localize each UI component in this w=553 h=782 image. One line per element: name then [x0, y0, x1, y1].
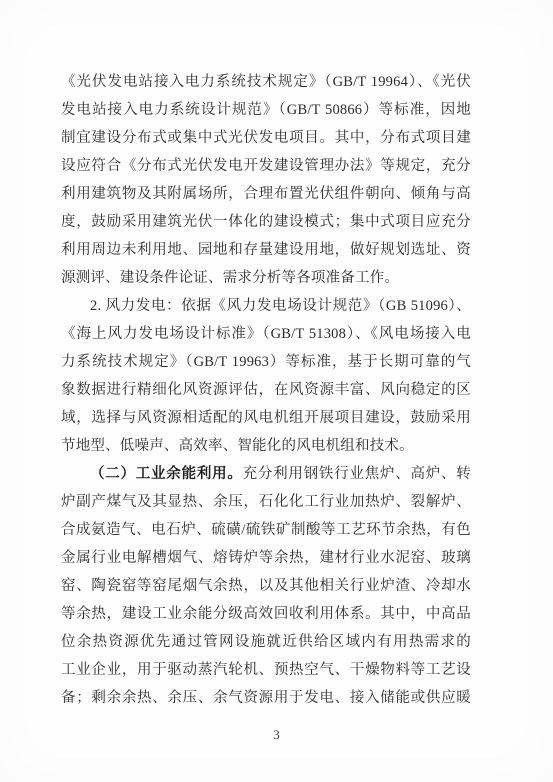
text-segment: 设应符合《分布式光伏发电开发建设管理办法》等规定，充分 [61, 158, 471, 174]
text-line: 等余热，建设工业余能分级高效回收利用体系。其中，中高品 [61, 600, 471, 628]
section-heading-lead: （二）工业余能利用。 [90, 466, 243, 482]
text-line: 源测评、建设条件论证、需求分析等各项准备工作。 [61, 264, 471, 292]
text-segment: 《海上风力发电场设计标准》（GB/T 51308）、《风电场接入电 [61, 326, 471, 342]
text-line: 发电站接入电力系统设计规范》（GB/T 50866）等标准，因地 [61, 96, 471, 124]
text-segment: 利用周边未利用地、园地和存量建设用地，做好规划选址、资 [61, 242, 471, 258]
text-segment: 度，鼓励采用建筑光伏一体化的建设模式；集中式项目应充分 [61, 214, 471, 230]
text-segment: 充分利用钢铁行业焦炉、高炉、转 [243, 466, 471, 482]
text-line: 力系统技术规定》（GB/T 19963）等标准，基于长期可靠的气 [61, 348, 471, 376]
text-segment: 2. 风力发电：依据《风力发电场设计规范》（GB 51096）、 [90, 298, 471, 314]
text-line: 域，选择与风资源相适配的风电机组开展项目建设，鼓励采用 [61, 404, 471, 432]
text-line: 工业企业，用于驱动蒸汽轮机、预热空气、干燥物料等工艺设 [61, 656, 471, 684]
text-line: 度，鼓励采用建筑光伏一体化的建设模式；集中式项目应充分 [61, 208, 471, 236]
text-segment: 炉副产煤气及其显热、余压，石化化工行业加热炉、裂解炉、 [61, 494, 471, 510]
text-line: 炉副产煤气及其显热、余压，石化化工行业加热炉、裂解炉、 [61, 488, 471, 516]
text-line: 利用周边未利用地、园地和存量建设用地，做好规划选址、资 [61, 236, 471, 264]
text-line: 节地型、低噪声、高效率、智能化的风电机组和技术。 [61, 432, 471, 460]
text-line: 象数据进行精细化风资源评估，在风资源丰富、风向稳定的区 [61, 376, 471, 404]
text-segment: 工业企业，用于驱动蒸汽轮机、预热空气、干燥物料等工艺设 [61, 662, 471, 678]
text-segment: 《光伏发电站接入电力系统技术规定》（GB/T 19964）、《光伏 [61, 74, 471, 90]
text-line: 窑、陶瓷窑等窑尾烟气余热，以及其他相关行业炉渣、冷却水 [61, 572, 471, 600]
text-segment: 节地型、低噪声、高效率、智能化的风电机组和技术。 [61, 438, 414, 454]
text-segment: 金属行业电解槽烟气、熔铸炉等余热，建材行业水泥窑、玻璃 [61, 550, 471, 566]
text-segment: 窑、陶瓷窑等窑尾烟气余热，以及其他相关行业炉渣、冷却水 [61, 578, 471, 594]
text-line: 备；剩余余热、余压、余气资源用于发电、接入储能或供应暖 [61, 684, 471, 712]
text-segment: 力系统技术规定》（GB/T 19963）等标准，基于长期可靠的气 [61, 354, 471, 370]
text-segment: 位余热资源优先通过管网设施就近供给区域内有用热需求的 [61, 634, 471, 650]
body-text: 《光伏发电站接入电力系统技术规定》（GB/T 19964）、《光伏发电站接入电力… [61, 68, 471, 712]
text-segment: 源测评、建设条件论证、需求分析等各项准备工作。 [61, 270, 399, 286]
page-number: 3 [0, 726, 553, 744]
text-line: 《海上风力发电场设计标准》（GB/T 51308）、《风电场接入电 [61, 320, 471, 348]
text-segment: 象数据进行精细化风资源评估，在风资源丰富、风向稳定的区 [61, 382, 471, 398]
text-segment: 合成氨造气、电石炉、硫磺/硫铁矿制酸等工艺环节余热，有色 [61, 522, 471, 538]
text-line: 合成氨造气、电石炉、硫磺/硫铁矿制酸等工艺环节余热，有色 [61, 516, 471, 544]
text-segment: 利用建筑物及其附属场所，合理布置光伏组件朝向、倾角与高 [61, 186, 471, 202]
text-line: 金属行业电解槽烟气、熔铸炉等余热，建材行业水泥窑、玻璃 [61, 544, 471, 572]
text-segment: 域，选择与风资源相适配的风电机组开展项目建设，鼓励采用 [61, 410, 471, 426]
text-line: 制宜建设分布式或集中式光伏发电项目。其中，分布式项目建 [61, 124, 471, 152]
text-segment: 等余热，建设工业余能分级高效回收利用体系。其中，中高品 [61, 606, 471, 622]
text-line: 利用建筑物及其附属场所，合理布置光伏组件朝向、倾角与高 [61, 180, 471, 208]
text-segment: 发电站接入电力系统设计规范》（GB/T 50866）等标准，因地 [61, 102, 471, 118]
document-page: 《光伏发电站接入电力系统技术规定》（GB/T 19964）、《光伏发电站接入电力… [0, 0, 553, 782]
text-segment: 备；剩余余热、余压、余气资源用于发电、接入储能或供应暖 [61, 690, 471, 706]
text-line: 2. 风力发电：依据《风力发电场设计规范》（GB 51096）、 [61, 292, 471, 320]
text-line: 设应符合《分布式光伏发电开发建设管理办法》等规定，充分 [61, 152, 471, 180]
text-line: 《光伏发电站接入电力系统技术规定》（GB/T 19964）、《光伏 [61, 68, 471, 96]
text-line: （二）工业余能利用。充分利用钢铁行业焦炉、高炉、转 [61, 460, 471, 488]
text-segment: 制宜建设分布式或集中式光伏发电项目。其中，分布式项目建 [61, 130, 471, 146]
text-line: 位余热资源优先通过管网设施就近供给区域内有用热需求的 [61, 628, 471, 656]
